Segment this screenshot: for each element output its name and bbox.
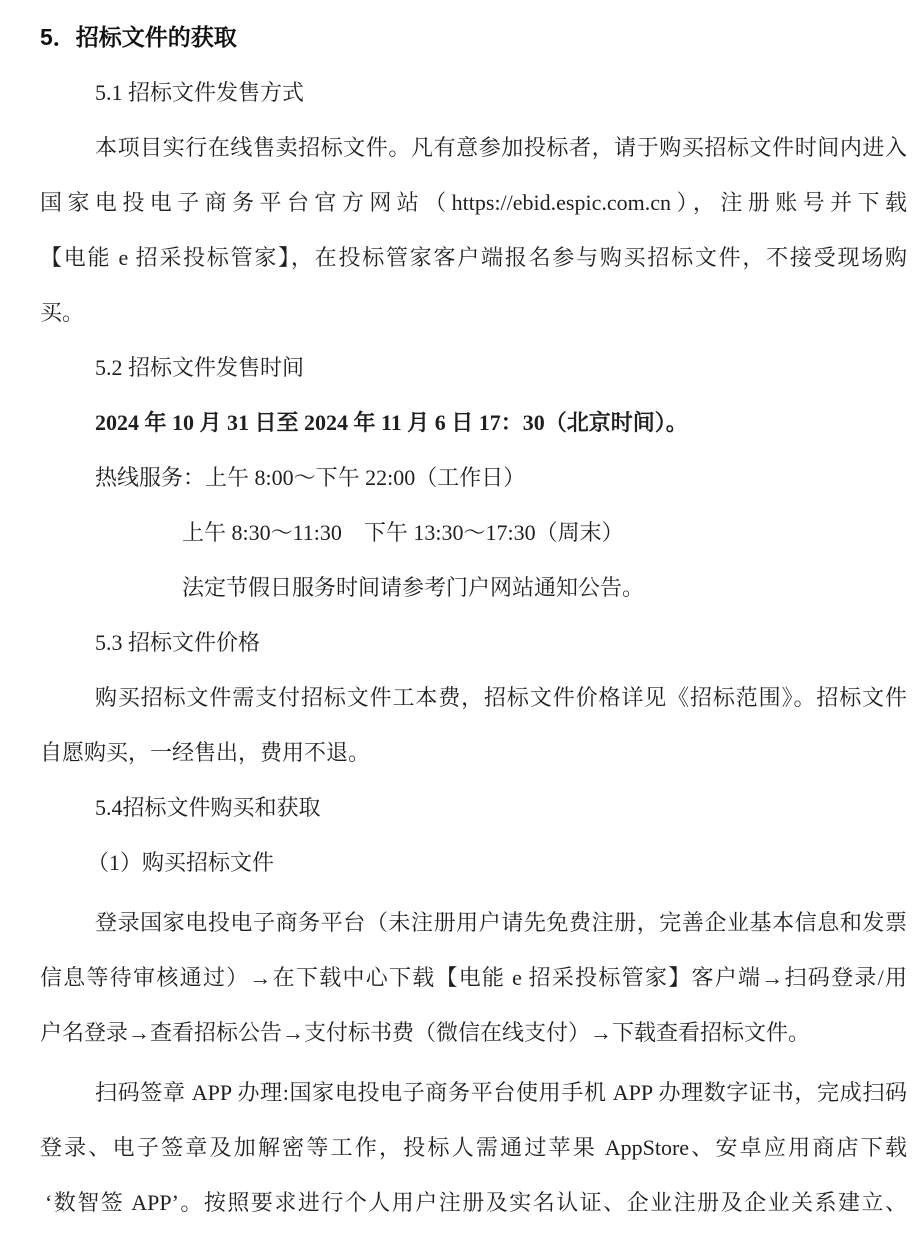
paragraph-line-url: 国家电投电子商务平台官方网站（https://ebid.espic.com.cn… [40, 175, 907, 230]
document-page: 5．招标文件的获取 5.1 招标文件发售方式 本项目实行在线售卖招标文件。凡有意… [0, 0, 917, 1230]
subsection-5-3-title: 5.3 招标文件价格 [40, 615, 907, 670]
paragraph-line: 本项目实行在线售卖招标文件。凡有意参加投标者，请于购买招标文件时间内进入 [40, 120, 907, 175]
paragraph-line: 登录、电子签章及加解密等工作，投标人需通过苹果 AppStore、安卓应用商店下… [40, 1120, 907, 1175]
hotline-weekend-line: 上午 8:30～11:30 下午 13:30～17:30（周末） [40, 505, 907, 560]
section-5-heading: 5．招标文件的获取 [40, 10, 907, 65]
paragraph-line: 自愿购买，一经售出，费用不退。 [40, 725, 907, 780]
paragraph-line: 【电能 e 招采投标管家】，在投标管家客户端报名参与购买招标文件，不接受现场购 [40, 230, 907, 285]
paragraph-line: 购买招标文件需支付招标文件工本费，招标文件价格详见《招标范围》。招标文件 [40, 670, 907, 725]
paragraph-line: 户名登录→查看招标公告→支付标书费（微信在线支付）→下载查看招标文件。 [40, 1005, 907, 1060]
sale-time-line: 2024 年 10 月 31 日至 2024 年 11 月 6 日 17：30（… [40, 395, 907, 450]
paragraph-line: 扫码签章 APP 办理:国家电投电子商务平台使用手机 APP 办理数字证书，完成… [40, 1065, 907, 1120]
subsection-5-1-title: 5.1 招标文件发售方式 [40, 65, 907, 120]
paragraph-line: 信息等待审核通过）→在下载中心下载【电能 e 招采投标管家】客户端→扫码登录/用 [40, 950, 907, 1005]
paragraph-line: 买。 [40, 285, 907, 340]
paragraph-line: ‘数智签 APP’。按照要求进行个人用户注册及实名认证、企业注册及企业关系建立、 [40, 1175, 907, 1230]
paragraph-line: 登录国家电投电子商务平台（未注册用户请先免费注册，完善企业基本信息和发票 [40, 895, 907, 950]
hotline-line: 热线服务：上午 8:00～下午 22:00（工作日） [40, 450, 907, 505]
hotline-holiday-line: 法定节假日服务时间请参考门户网站通知公告。 [40, 560, 907, 615]
item-1-title: （1）购买招标文件 [40, 835, 907, 890]
subsection-5-4-title: 5.4招标文件购买和获取 [40, 780, 907, 835]
subsection-5-2-title: 5.2 招标文件发售时间 [40, 340, 907, 395]
